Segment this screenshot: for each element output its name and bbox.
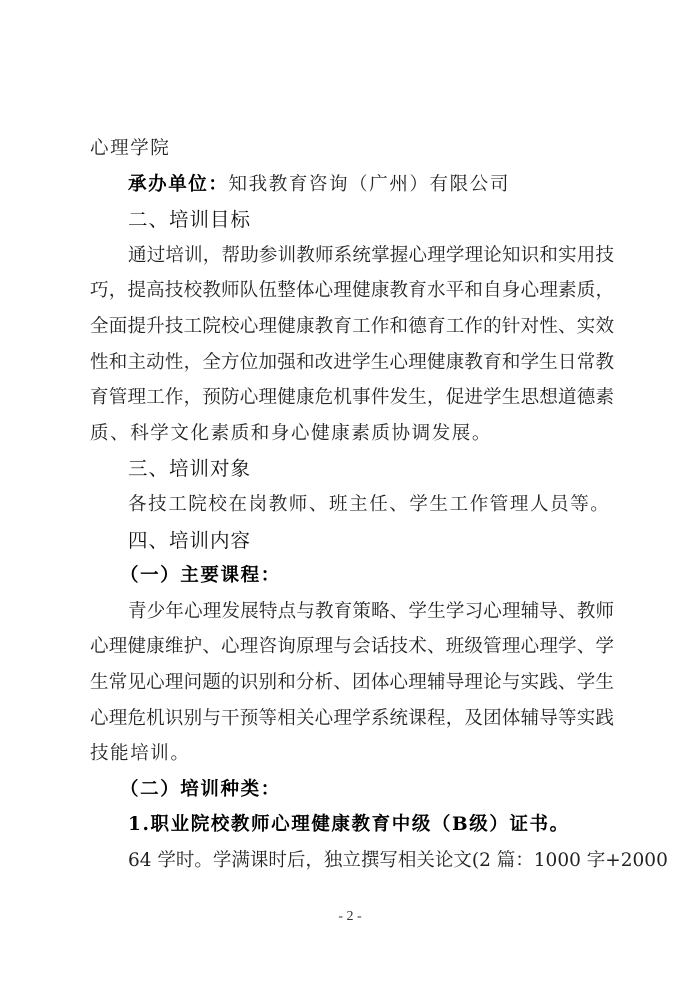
paragraph-line: 全面提升技工院校心理健康教育工作和德育工作的针对性、实效 xyxy=(90,309,614,345)
paragraph-line: 64 学时。学满课时后，独立撰写相关论文(2 篇：1000 字+2000 xyxy=(90,843,614,879)
section-heading-audience: 三、培训对象 xyxy=(90,451,614,487)
paragraph-line: 性和主动性，全方位加强和改进学生心理健康教育和学生日常教 xyxy=(90,345,614,381)
document-page: 心理学院 承办单位：知我教育咨询（广州）有限公司 二、培训目标 通过培训，帮助参… xyxy=(0,0,700,990)
paragraph-line: 通过培训，帮助参训教师系统掌握心理学理论知识和实用技 xyxy=(90,238,614,274)
paragraph-line: 心理危机识别与干预等相关心理学系统课程，及团体辅导等实践 xyxy=(90,701,614,737)
organizer-value: 知我教育咨询（广州）有限公司 xyxy=(229,174,510,195)
section-heading-goals: 二、培训目标 xyxy=(90,202,614,238)
organizer-line: 承办单位：知我教育咨询（广州）有限公司 xyxy=(90,167,614,203)
page-number: - 2 - xyxy=(0,909,700,925)
list-item-certificate-b: 1.职业院校教师心理健康教育中级（B级）证书。 xyxy=(90,807,614,843)
document-body: 心理学院 承办单位：知我教育咨询（广州）有限公司 二、培训目标 通过培训，帮助参… xyxy=(90,131,614,878)
paragraph-line: 各技工院校在岗教师、班主任、学生工作管理人员等。 xyxy=(90,487,614,523)
paragraph-line: 育管理工作，预防心理健康危机事件发生，促进学生思想道德素 xyxy=(90,380,614,416)
section-heading-content: 四、培训内容 xyxy=(90,523,614,559)
paragraph-line: 技能培训。 xyxy=(90,736,614,772)
paragraph-line: 质、科学文化素质和身心健康素质协调发展。 xyxy=(90,416,614,452)
line-text: 心理学院 xyxy=(90,138,170,159)
subsection-heading-training-types: （二）培训种类： xyxy=(90,772,614,808)
paragraph-line: 生常见心理问题的识别和分析、团体心理辅导理论与实践、学生 xyxy=(90,665,614,701)
paragraph-line: 心理健康维护、心理咨询原理与会话技术、班级管理心理学、学 xyxy=(90,629,614,665)
subsection-heading-main-courses: （一）主要课程： xyxy=(90,558,614,594)
organizer-label: 承办单位： xyxy=(128,174,229,195)
paragraph-line: 巧，提高技校教师队伍整体心理健康教育水平和自身心理素质， xyxy=(90,273,614,309)
paragraph-line: 青少年心理发展特点与教育策略、学生学习心理辅导、教师 xyxy=(90,594,614,630)
text-line-host-org-continued: 心理学院 xyxy=(90,131,614,167)
